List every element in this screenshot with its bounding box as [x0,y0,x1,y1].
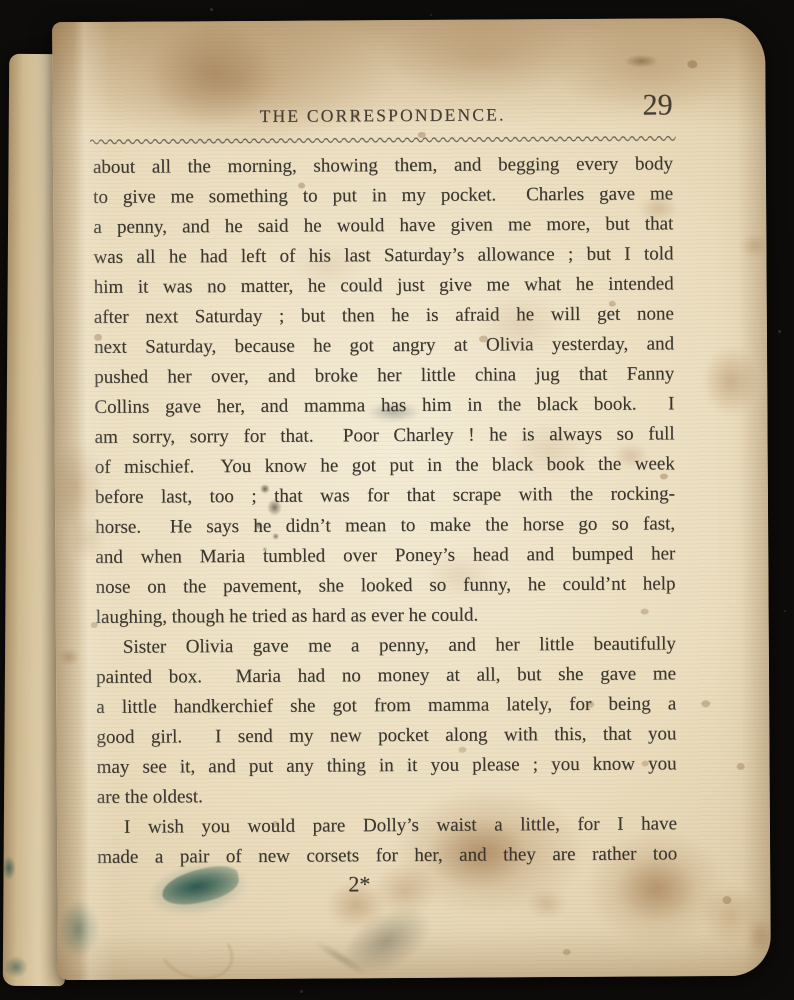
paper-stain [702,346,760,416]
dust-speck [210,8,213,11]
photo-background: THE CORRESPONDENCE. 29 about all the mor… [0,0,794,1000]
body-text: about all the morning, showing them, and… [93,149,677,873]
text-line: Collins gave her, and mamma has him in t… [94,389,674,423]
ink-blot [57,900,99,958]
page-content: THE CORRESPONDENCE. 29 about all the mor… [92,18,678,980]
paper-stain [739,234,769,258]
text-line: before last, too ; that was for that scr… [95,479,675,513]
dust-speck [784,610,786,612]
paper-stain [746,916,771,954]
text-line: are the oldest. [97,779,677,813]
paper-speck [722,896,731,904]
text-line: a little handkerchief she got from mamma… [96,689,676,723]
text-line: nose on the pavement, she looked so funn… [95,569,675,603]
text-line: about all the morning, showing them, and… [93,149,673,183]
text-line: laughing, though he tried as hard as eve… [96,599,676,633]
paper-speck [737,763,745,770]
text-line: him it was no matter, he could just give… [94,269,674,303]
text-line: I wish you would pare Dolly’s waist a li… [97,809,677,843]
text-line: was all he had left of his last Saturday… [93,239,673,273]
text-line: painted box. Maria had no money at all, … [96,659,676,693]
text-line: next Saturday, because he got angry at O… [94,329,674,363]
dust-speck [300,990,303,993]
text-line: good girl. I send my new pocket along wi… [96,719,676,753]
book-page: THE CORRESPONDENCE. 29 about all the mor… [52,18,771,980]
paper-stain [58,648,80,666]
running-header: THE CORRESPONDENCE. [93,103,673,128]
text-line: made a pair of new corsets for her, and … [97,839,677,873]
dust-speck [778,330,781,333]
text-line: am sorry, sorry for that. Poor Charley !… [95,419,675,453]
paper-stain [699,884,761,946]
wavy-rule [90,133,676,147]
text-line: a penny, and he said he would have given… [93,209,673,243]
dust-speck [430,14,432,16]
paper-speck [701,700,710,707]
paper-speck [687,60,697,68]
text-line: and when Maria tumbled over Poney’s head… [95,539,675,573]
text-line: after next Saturday ; but then he is afr… [94,299,674,333]
text-line: pushed her over, and broke her little ch… [94,359,674,393]
signature-mark: 2* [69,870,649,900]
text-line: of mischief. You know he got put in the … [95,449,675,483]
text-line: horse. He says he didn’t mean to make th… [95,509,675,543]
page-number: 29 [642,88,672,122]
text-line: Sister Olivia gave me a penny, and her l… [96,629,676,663]
text-line: may see it, and put any thing in it you … [97,749,677,783]
text-line: to give me something to put in my pocket… [93,179,673,213]
